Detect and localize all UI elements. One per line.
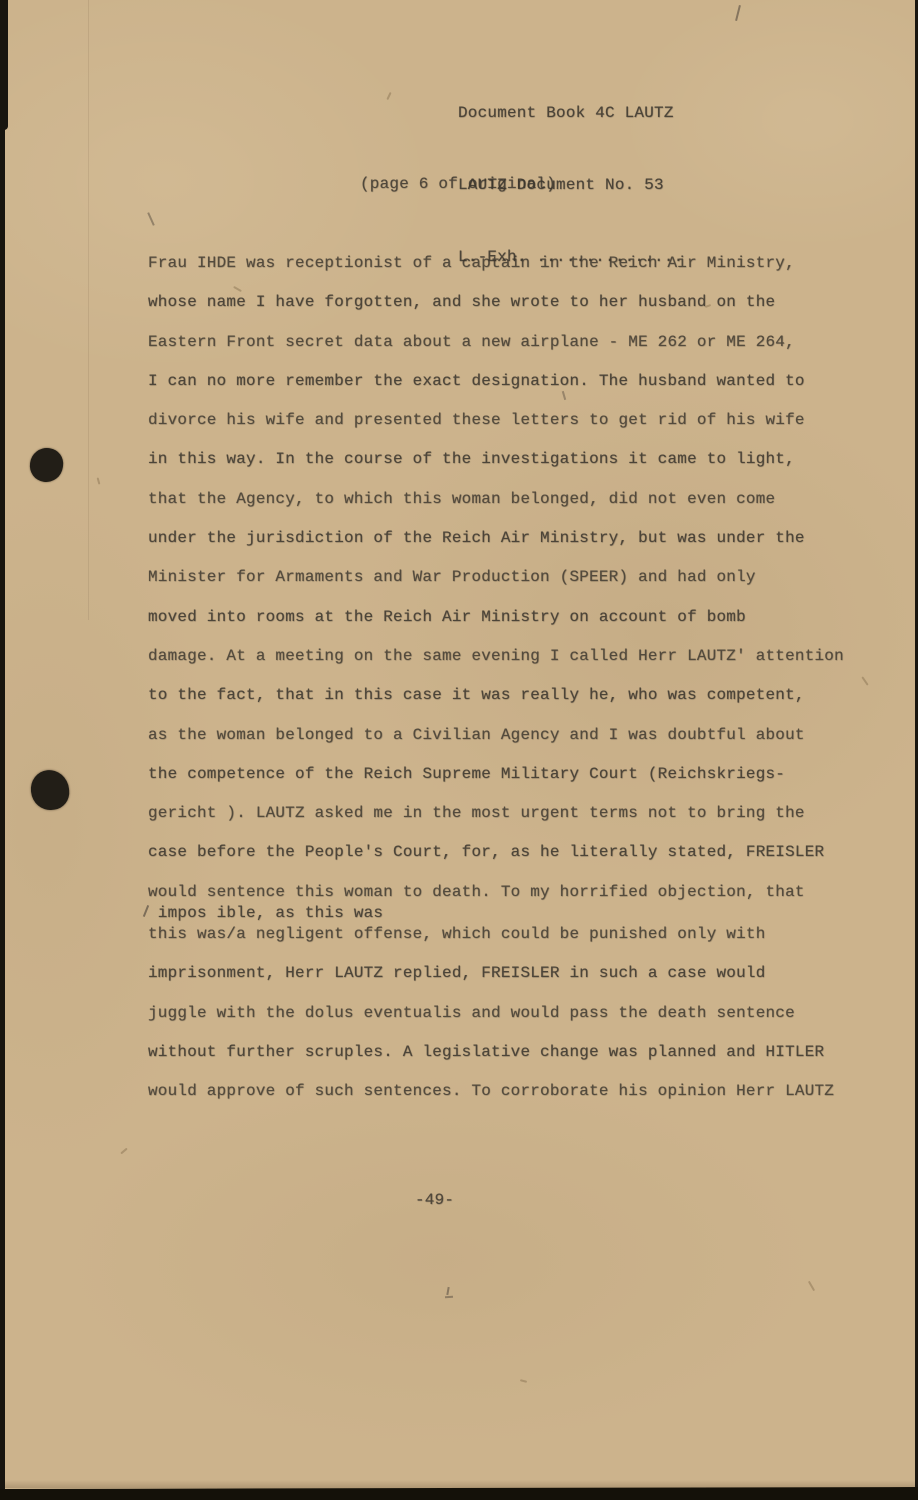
text-line: to the fact, that in this case it was re… [148, 676, 868, 715]
text-line: damage. At a meeting on the same evening… [148, 637, 868, 676]
text-line: Frau IHDE was receptionist of a captain … [148, 244, 868, 283]
page-reference: (page 6 of original) [360, 172, 556, 196]
stray-mark-bottom-underline [445, 1296, 453, 1299]
scan-left-edge [0, 0, 5, 1500]
text-line: would approve of such sentences. To corr… [148, 1072, 868, 1111]
text-line: as the woman belonged to a Civilian Agen… [148, 716, 868, 755]
text-line: under the jurisdiction of the Reich Air … [148, 519, 868, 558]
scan-left-edge-top [0, 0, 8, 130]
text-line: moved into rooms at the Reich Air Minist… [148, 598, 868, 637]
scan-bottom-edge [0, 1487, 918, 1500]
text-line: without further scruples. A legislative … [148, 1033, 868, 1072]
scanned-document-page: Document Book 4C LAUTZ LAUTZ Document No… [0, 0, 918, 1500]
text-line: Eastern Front secret data about a new ai… [148, 323, 868, 362]
paper-fleck [520, 1379, 527, 1383]
text-line: whose name I have forgotten, and she wro… [148, 283, 868, 322]
text-line: that the Agency, to which this woman bel… [148, 480, 868, 519]
text-line: this was/a negligent offense, which coul… [148, 915, 868, 954]
text-line: in this way. In the course of the invest… [148, 440, 868, 479]
paper-fleck [97, 477, 101, 484]
pencil-mark-top [735, 5, 741, 21]
text-line: divorce his wife and presented these let… [148, 401, 868, 440]
paper-fleck [120, 1148, 127, 1155]
text-line: I can no more remember the exact designa… [148, 362, 868, 401]
text-line: the competence of the Reich Supreme Mili… [148, 755, 868, 794]
paper-fleck [386, 92, 391, 100]
text-line: gericht ). LAUTZ asked me in the most ur… [148, 794, 868, 833]
document-book-line: Document Book 4C LAUTZ [458, 101, 683, 125]
stray-mark-bottom [446, 1287, 449, 1295]
page-number: -49- [415, 1186, 454, 1214]
paper-fleck [808, 1281, 815, 1292]
text-line: juggle with the dolus eventualis and wou… [148, 994, 868, 1033]
text-line: imprisonment, Herr LAUTZ replied, FREISL… [148, 954, 868, 993]
text-line: would sentence this woman to death. To m… [148, 873, 868, 912]
body-text: Frau IHDE was receptionist of a captain … [148, 244, 868, 1112]
paper-crease [88, 0, 89, 620]
hole-punch-top [28, 446, 65, 484]
text-line: case before the People's Court, for, as … [148, 833, 868, 872]
pencil-mark-margin [147, 212, 155, 226]
text-line: Minister for Armaments and War Productio… [148, 558, 868, 597]
hole-punch-bottom [29, 768, 71, 812]
